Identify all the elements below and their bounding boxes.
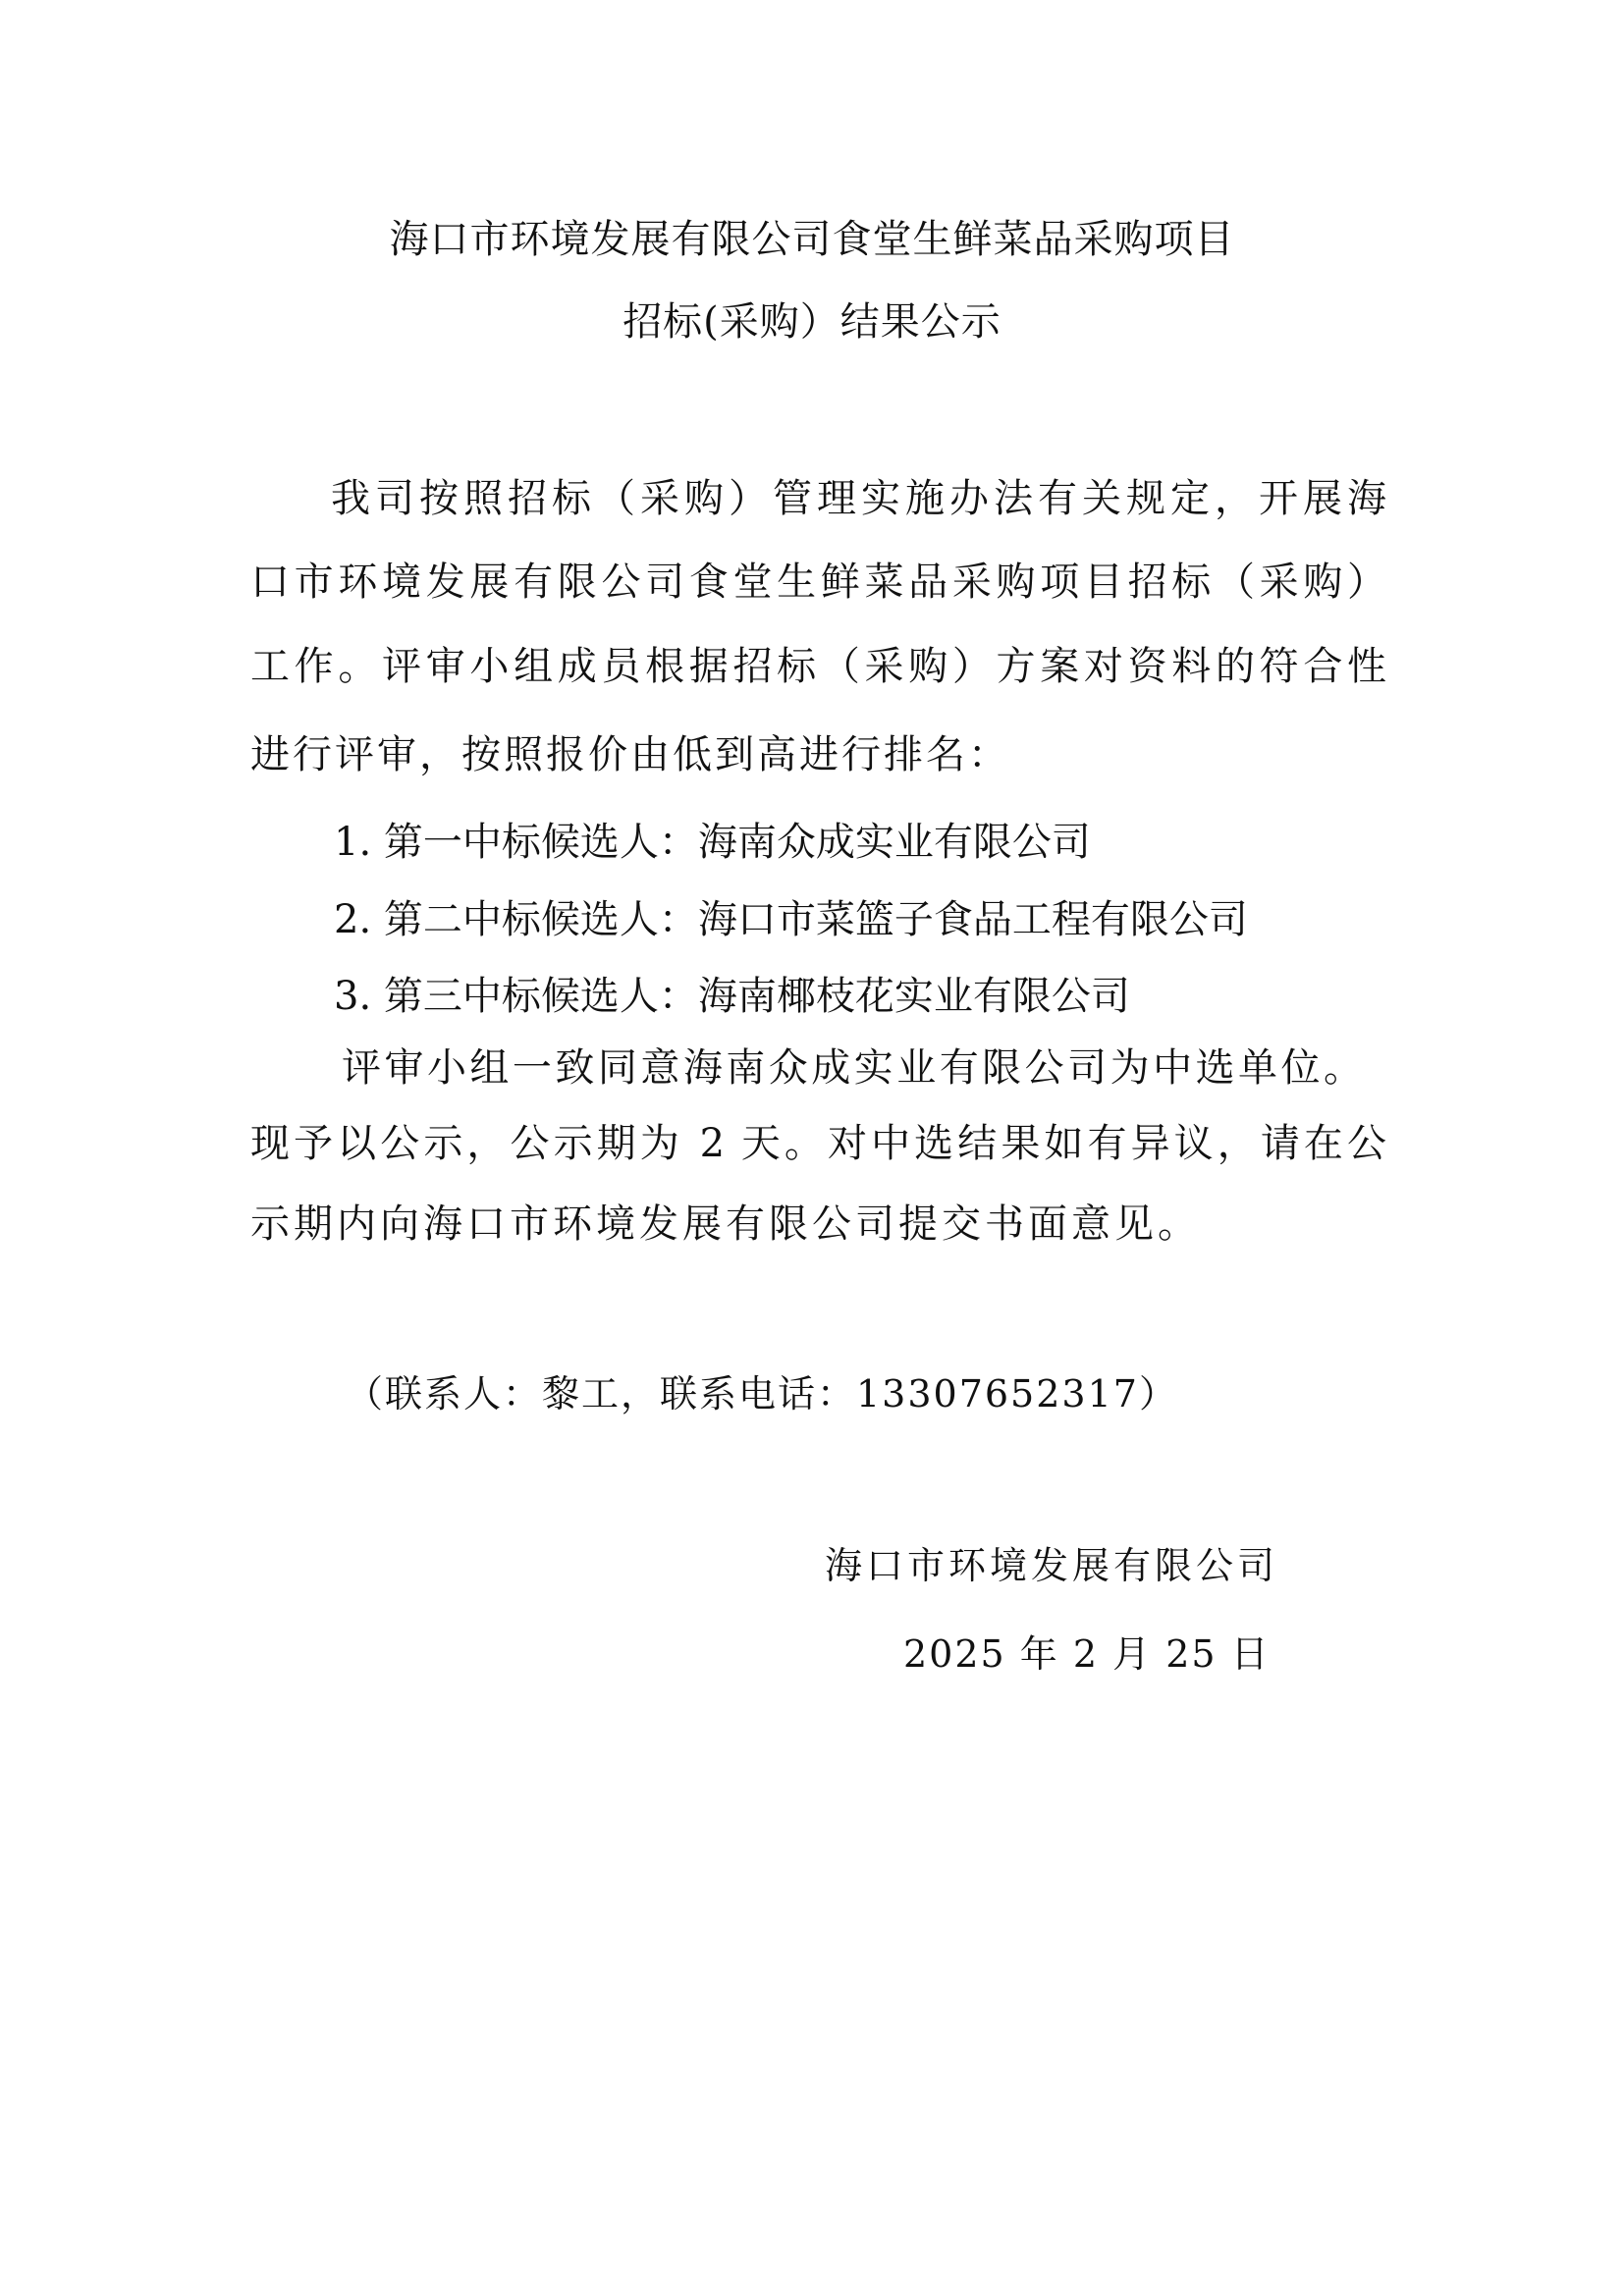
signature-date: 2025 年 2 月 25 日 (903, 1635, 1271, 1673)
contact-info: （联系人：黎工，联系电话：13307652317） (346, 1375, 1178, 1413)
candidate-item: 1. 第一中标候选人：海南众成实业有限公司 (334, 823, 1091, 862)
document-title-line-1: 海口市环境发展有限公司食堂生鲜菜品采购项目 (0, 220, 1624, 259)
paragraph-line: 我司按照招标（采购）管理实施办法有关规定，开展海 (331, 479, 1386, 518)
paragraph-line: 口市环境发展有限公司食堂生鲜菜品采购项目招标（采购） (250, 562, 1386, 602)
paragraph-line: 评审小组一致同意海南众成实业有限公司为中选单位。 (342, 1048, 1363, 1088)
paragraph-line: 工作。评审小组成员根据招标（采购）方案对资料的符合性 (250, 647, 1386, 686)
signature-company: 海口市环境发展有限公司 (825, 1547, 1278, 1584)
paragraph-line: 示期内向海口市环境发展有限公司提交书面意见。 (250, 1204, 1201, 1244)
paragraph-line: 进行评审，按照报价由低到高进行排名： (250, 735, 1010, 774)
candidate-item: 2. 第二中标候选人：海口市菜篮子食品工程有限公司 (334, 900, 1248, 939)
paragraph-line: 现予以公示，公示期为 2 天。对中选结果如有异议，请在公 (250, 1124, 1386, 1163)
candidate-item: 3. 第三中标候选人：海南椰枝花实业有限公司 (334, 977, 1130, 1016)
document-title-line-2: 招标(采购）结果公示 (0, 302, 1624, 342)
